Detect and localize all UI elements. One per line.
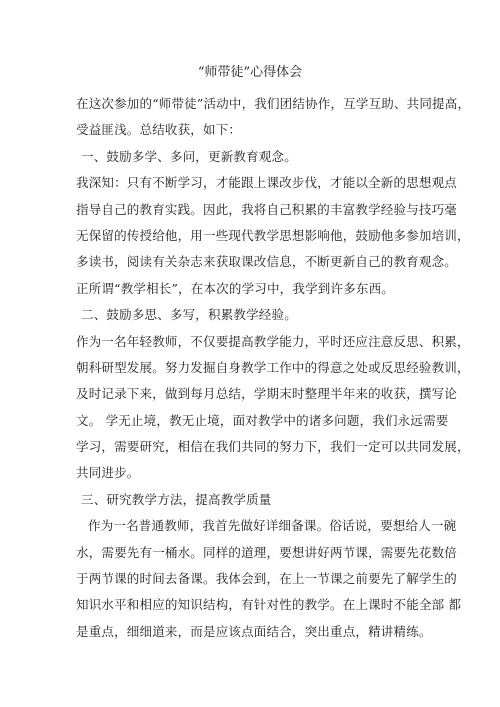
paragraph-line: 水，需要先有一桶水。同样的道理，要想讲好两节课，需要先花数倍 xyxy=(76,540,428,566)
paragraph-line: 朝科研型发展。努力发掘自身教学工作中的得意之处或反思经验教训， xyxy=(76,355,428,381)
paragraph-line: 在这次参加的“师带徒”活动中，我们团结协作，互学互助、共同提高， xyxy=(76,91,428,117)
paragraph-line: 是重点，细细道来，而是应该点面结合，突出重点，精讲精练。 xyxy=(76,619,428,645)
paragraph-line: 学习，需要研究，相信在我们共同的努力下，我们一定可以共同发展， xyxy=(76,434,428,460)
paragraph-line: 正所谓“教学相长”，在本次的学习中，我学到许多东西。 xyxy=(76,276,428,302)
paragraph-line: 于两节课的时间去备课。我体会到，在上一节课之前要先了解学生的 xyxy=(76,566,428,592)
paragraph-line: 指导自己的教育实践。因此，我将自己积累的丰富教学经验与技巧毫 xyxy=(76,197,428,223)
paragraph-line: 受益匪浅。总结收获，如下： xyxy=(76,117,428,143)
paragraph-line: 知识水平和相应的知识结构，有针对性的教学。在上课时不能全部 都 xyxy=(76,592,428,618)
paragraph-line: 作为一名普通教师，我首先做好详细备课。俗话说，要想给人一碗 xyxy=(76,513,428,539)
paragraph-line: 及时记录下来，做到每月总结，学期末时整理半年来的收获，撰写论 xyxy=(76,381,428,407)
paragraph-line: 我深知：只有不断学习，才能跟上课改步伐，才能以全新的思想观点 xyxy=(76,170,428,196)
document-title: “师带徒”心得体会 xyxy=(0,63,500,83)
document-body: 在这次参加的“师带徒”活动中，我们团结协作，互学互助、共同提高，受益匪浅。总结收… xyxy=(76,91,428,645)
paragraph-line: 无保留的传授给他，用一些现代教学思想影响他，鼓励他多参加培训， xyxy=(76,223,428,249)
paragraph-line: 多读书，阅读有关杂志来获取课改信息，不断更新自己的教育观念。 xyxy=(76,249,428,275)
paragraph-line: 作为一名年轻教师，不仅要提高教学能力，平时还应注意反思、积累， xyxy=(76,329,428,355)
paragraph-line: 共同进步。 xyxy=(76,460,428,486)
section-heading: 一、鼓励多学、多问，更新教育观念。 xyxy=(76,144,428,170)
section-heading: 三、研究教学方法，提高教学质量 xyxy=(76,487,428,513)
document-page: “师带徒”心得体会 在这次参加的“师带徒”活动中，我们团结协作，互学互助、共同提… xyxy=(0,0,500,707)
section-heading: 二、鼓励多思、多写，积累教学经验。 xyxy=(76,302,428,328)
paragraph-line: 文。 学无止境，教无止境，面对教学中的诸多问题，我们永远需要 xyxy=(76,408,428,434)
